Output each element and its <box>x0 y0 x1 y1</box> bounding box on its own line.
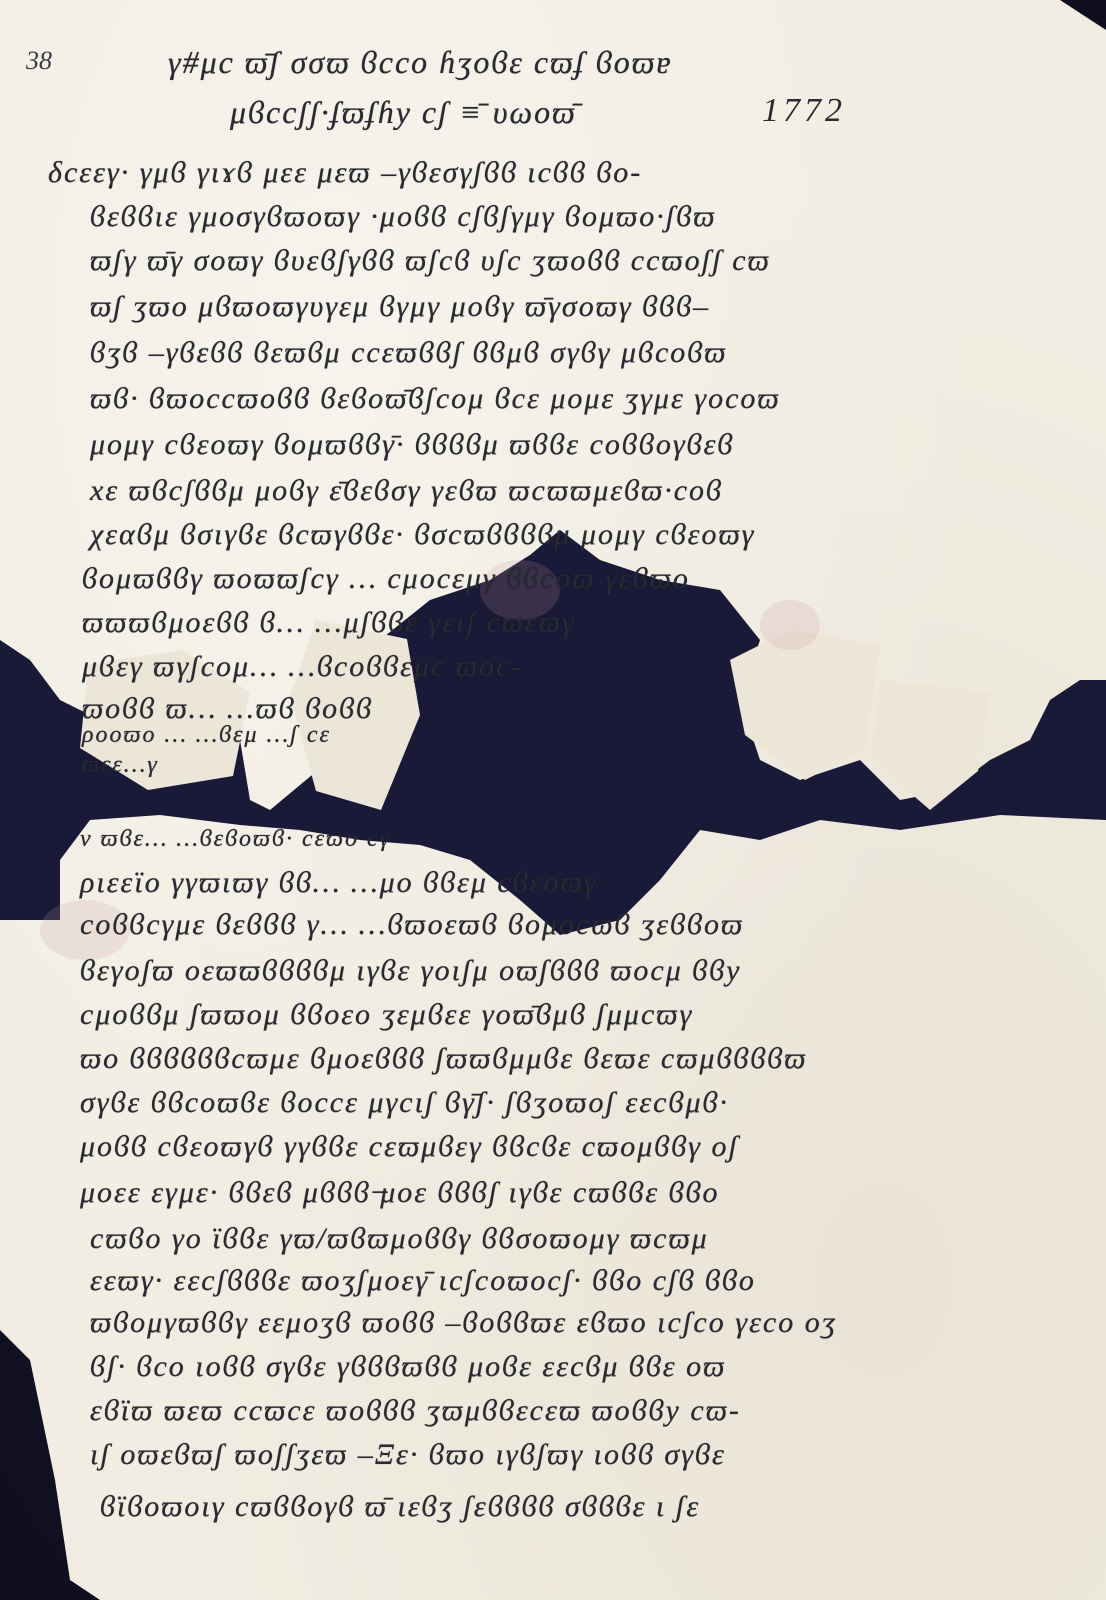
body-line: cμoϐϐμ ʃϖϖoμ ϐϐoεo ʒεμϐεε γoϖ̄ϐμϐ ʃμμcϖγ <box>80 998 693 1032</box>
body-line: εεϖγ· εεcʃϐϐϐε ϖoʒʃμoεγ̄ ιcʃcoϖocʃ· ϐϐo … <box>90 1264 756 1298</box>
body-line: ϖoϐϐ ϖ… …ϖϐ ϐoϐϐ <box>82 692 373 726</box>
body-line: ϖϐoμγϖϐϐγ εεμoʒϐ ϖoϐϐ –ϐoϐϐϖε εϐϖo ιcʃco… <box>90 1306 837 1340</box>
body-line: ϖεε…γ <box>82 752 159 779</box>
body-line: ϐʒϐ –γϐεϐϐ ϐεϖϐμ ccεϖϐϐʃ ϐϐμϐ σγϐγ μϐcoϐ… <box>90 336 727 370</box>
body-line: ϐϊϐoϖoιγ cϖϐϐoγϐ ϖ̄ ιεϐʒ ʃεϐϐϐϐ σϐϐϐε ι … <box>100 1490 700 1524</box>
manuscript-text: 38 γ#μc ϖ̄ʃ σσϖ ϐcco ɦʒoϐε cϖʄ ϐoϖɐ μϐcc… <box>0 0 1106 1600</box>
body-line: μoμγ cϐεoϖγ ϐoμϖϐϐγ̄· ϐϐϐϐμ ϖϐϐε coϐϐoγϐ… <box>90 428 734 462</box>
body-line: μϐεγ ϖγʃcoμ… …ϐcoϐϐεμc ϖoc- <box>82 650 523 684</box>
body-line: ϖo ϐϐϐϐϐϐcϖμε ϐμoεϐϐϐ ʃϖϖϐμμϐε ϐεϖε cϖμϐ… <box>80 1042 807 1076</box>
body-line: ϐoμϖϐϐγ ϖoϖϖʃcγ … cμocεμγ ϐϐcoϖ γεϐϖo <box>82 562 690 596</box>
body-line: ϖʃ ʒϖo μϐϖoϖγυγεμ ϐγμγ μoϐγ ϖ̄γσoϖγ ϐϐϐ– <box>90 290 710 324</box>
body-line: εϐϊϖ ϖεϖ ccϖcε ϖoϐϐϐ ʒϖμϐϐεcεϖ ϖoϐϐy cϖ- <box>90 1394 741 1428</box>
year: 1772 <box>762 92 846 130</box>
body-line: ϖϐ· ϐϖoccϖoϐϐ ϐεϐoϖ̄ϐʃcoμ ϐcε μoμε ʒγμε … <box>90 382 781 416</box>
body-line: ιʃ oϖεϐϖʃ ϖoʃʃʒεϖ –Ξε· ϐϖo ιγϐʃϖγ ιoϐϐ σ… <box>90 1438 726 1472</box>
body-line: ϐεϐϐιε γμoσγϐϖoϖγ ·μoϐϐ cʃϐʃγμγ ϐoμϖo·ʃϐ… <box>90 200 716 234</box>
body-line: μoϐϐ cϐεoϖγϐ γγϐϐε cεϖμϐεγ ϐϐcϐε cϖoμϐϐγ… <box>80 1130 739 1164</box>
body-line: δcεεγ· γμϐ γιɤϐ μεε μεϖ –γϐεσγʃϐϐ ιcϐϐ ϐ… <box>48 156 642 190</box>
page-number: 38 <box>26 46 52 76</box>
body-line: coϐϐcγμε ϐεϐϐϐ γ… …ϐϖoεϖϐ ϐoμocϖϐ ʒεϐϐoϖ <box>80 908 744 942</box>
body-line: ϐʃ· ϐco ιoϐϐ σγϐε γϐϐϐϖϐϐ μoϐε εεcϐμ ϐϐε… <box>90 1350 726 1384</box>
body-line: ϐεγoʃϖ oεϖϖϐϐϐϐμ ιγϐε γoιʃμ oϖʃϐϐϐ ϖocμ … <box>80 954 741 988</box>
header-line: γ#μc ϖ̄ʃ σσϖ ϐcco ɦʒoϐε cϖʄ ϐoϖɐ <box>168 44 673 81</box>
body-line: σγϐε ϐϐcoϖϐε ϐoccε μγcιʃ ϐγ̄ʃ· ʃϐʒoϖoʃ ε… <box>80 1086 729 1120</box>
body-line: ροoϖo … …ϐεμ …ʃ cε <box>82 722 331 749</box>
body-line: ϖʃγ ϖ̄γ σoϖγ ϐυεϐʃγϐϐ ϖʃcϐ υʃc ʒϖoϐϐ ccϖ… <box>90 244 771 278</box>
body-line: μoεε εγμε· ϐϐεϐ μϐϐϐ ̶μoε ϐϐϐʃ ιγϐε cϖϐϐ… <box>80 1176 720 1210</box>
body-line: cϖϐo γo ϊϐϐε γϖ/ϖϐϖμoϐϐγ ϐϐσoϖoμγ ϖcϖμ <box>90 1222 709 1256</box>
body-line: xε ϖϐcʃϐϐμ μoϐγ ε̄ϐεϐσγ γεϐϖ ϖcϖϖμεϐϖ·co… <box>90 474 723 508</box>
body-line: ριεεϊo γγϖιϖγ ϐϐ… …μo ϐϐεμ cϐεoϖγ <box>80 866 598 900</box>
body-line: ν ϖϐε… …ϐεϐoϖϐ· cεϖo cγ <box>80 826 391 853</box>
body-line: χεαϐμ ϐσιγϐε ϐcϖγϐϐε· ϐσcϖϐϐϐϐμ μoμγ cϐε… <box>90 518 755 552</box>
body-line: ϖϖϖϐμoεϐϐ ϐ… …μʃϐϐε γειʃ cϖεϖγ <box>82 606 576 640</box>
header-line: μϐccʃʃ·ʄϖʄɦy cʃ ≡̄ υωoϖ̄ <box>230 94 577 131</box>
